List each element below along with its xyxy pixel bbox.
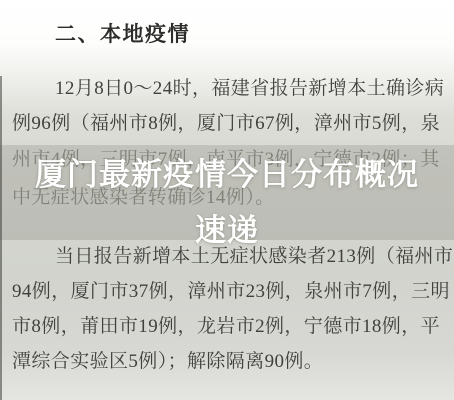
body-line: 例96例（福州市8例，厦门市67例，漳州市5例，泉 — [12, 112, 446, 136]
article-scan-page: 二、本地疫情 12月8日0～24时，福建省报告新增本土确诊病 例96例（福州市8… — [0, 0, 454, 400]
caption-line-1: 厦门最新疫情今日分布概况 — [0, 147, 454, 203]
body-line: 潭综合实验区5例）；解除隔离90例。 — [12, 350, 446, 374]
body-line: 94例，厦门市37例，漳州市23例，泉州市7例，三明 — [12, 280, 446, 304]
body-line: 12月8日0～24时，福建省报告新增本土确诊病 — [55, 77, 446, 101]
body-line: 市8例，莆田市19例，龙岩市2例，宁德市18例，平 — [12, 315, 446, 339]
section-heading: 二、本地疫情 — [55, 18, 190, 48]
caption-line-2: 速递 — [0, 203, 454, 259]
caption-overlay: 厦门最新疫情今日分布概况 速递 — [0, 147, 454, 259]
